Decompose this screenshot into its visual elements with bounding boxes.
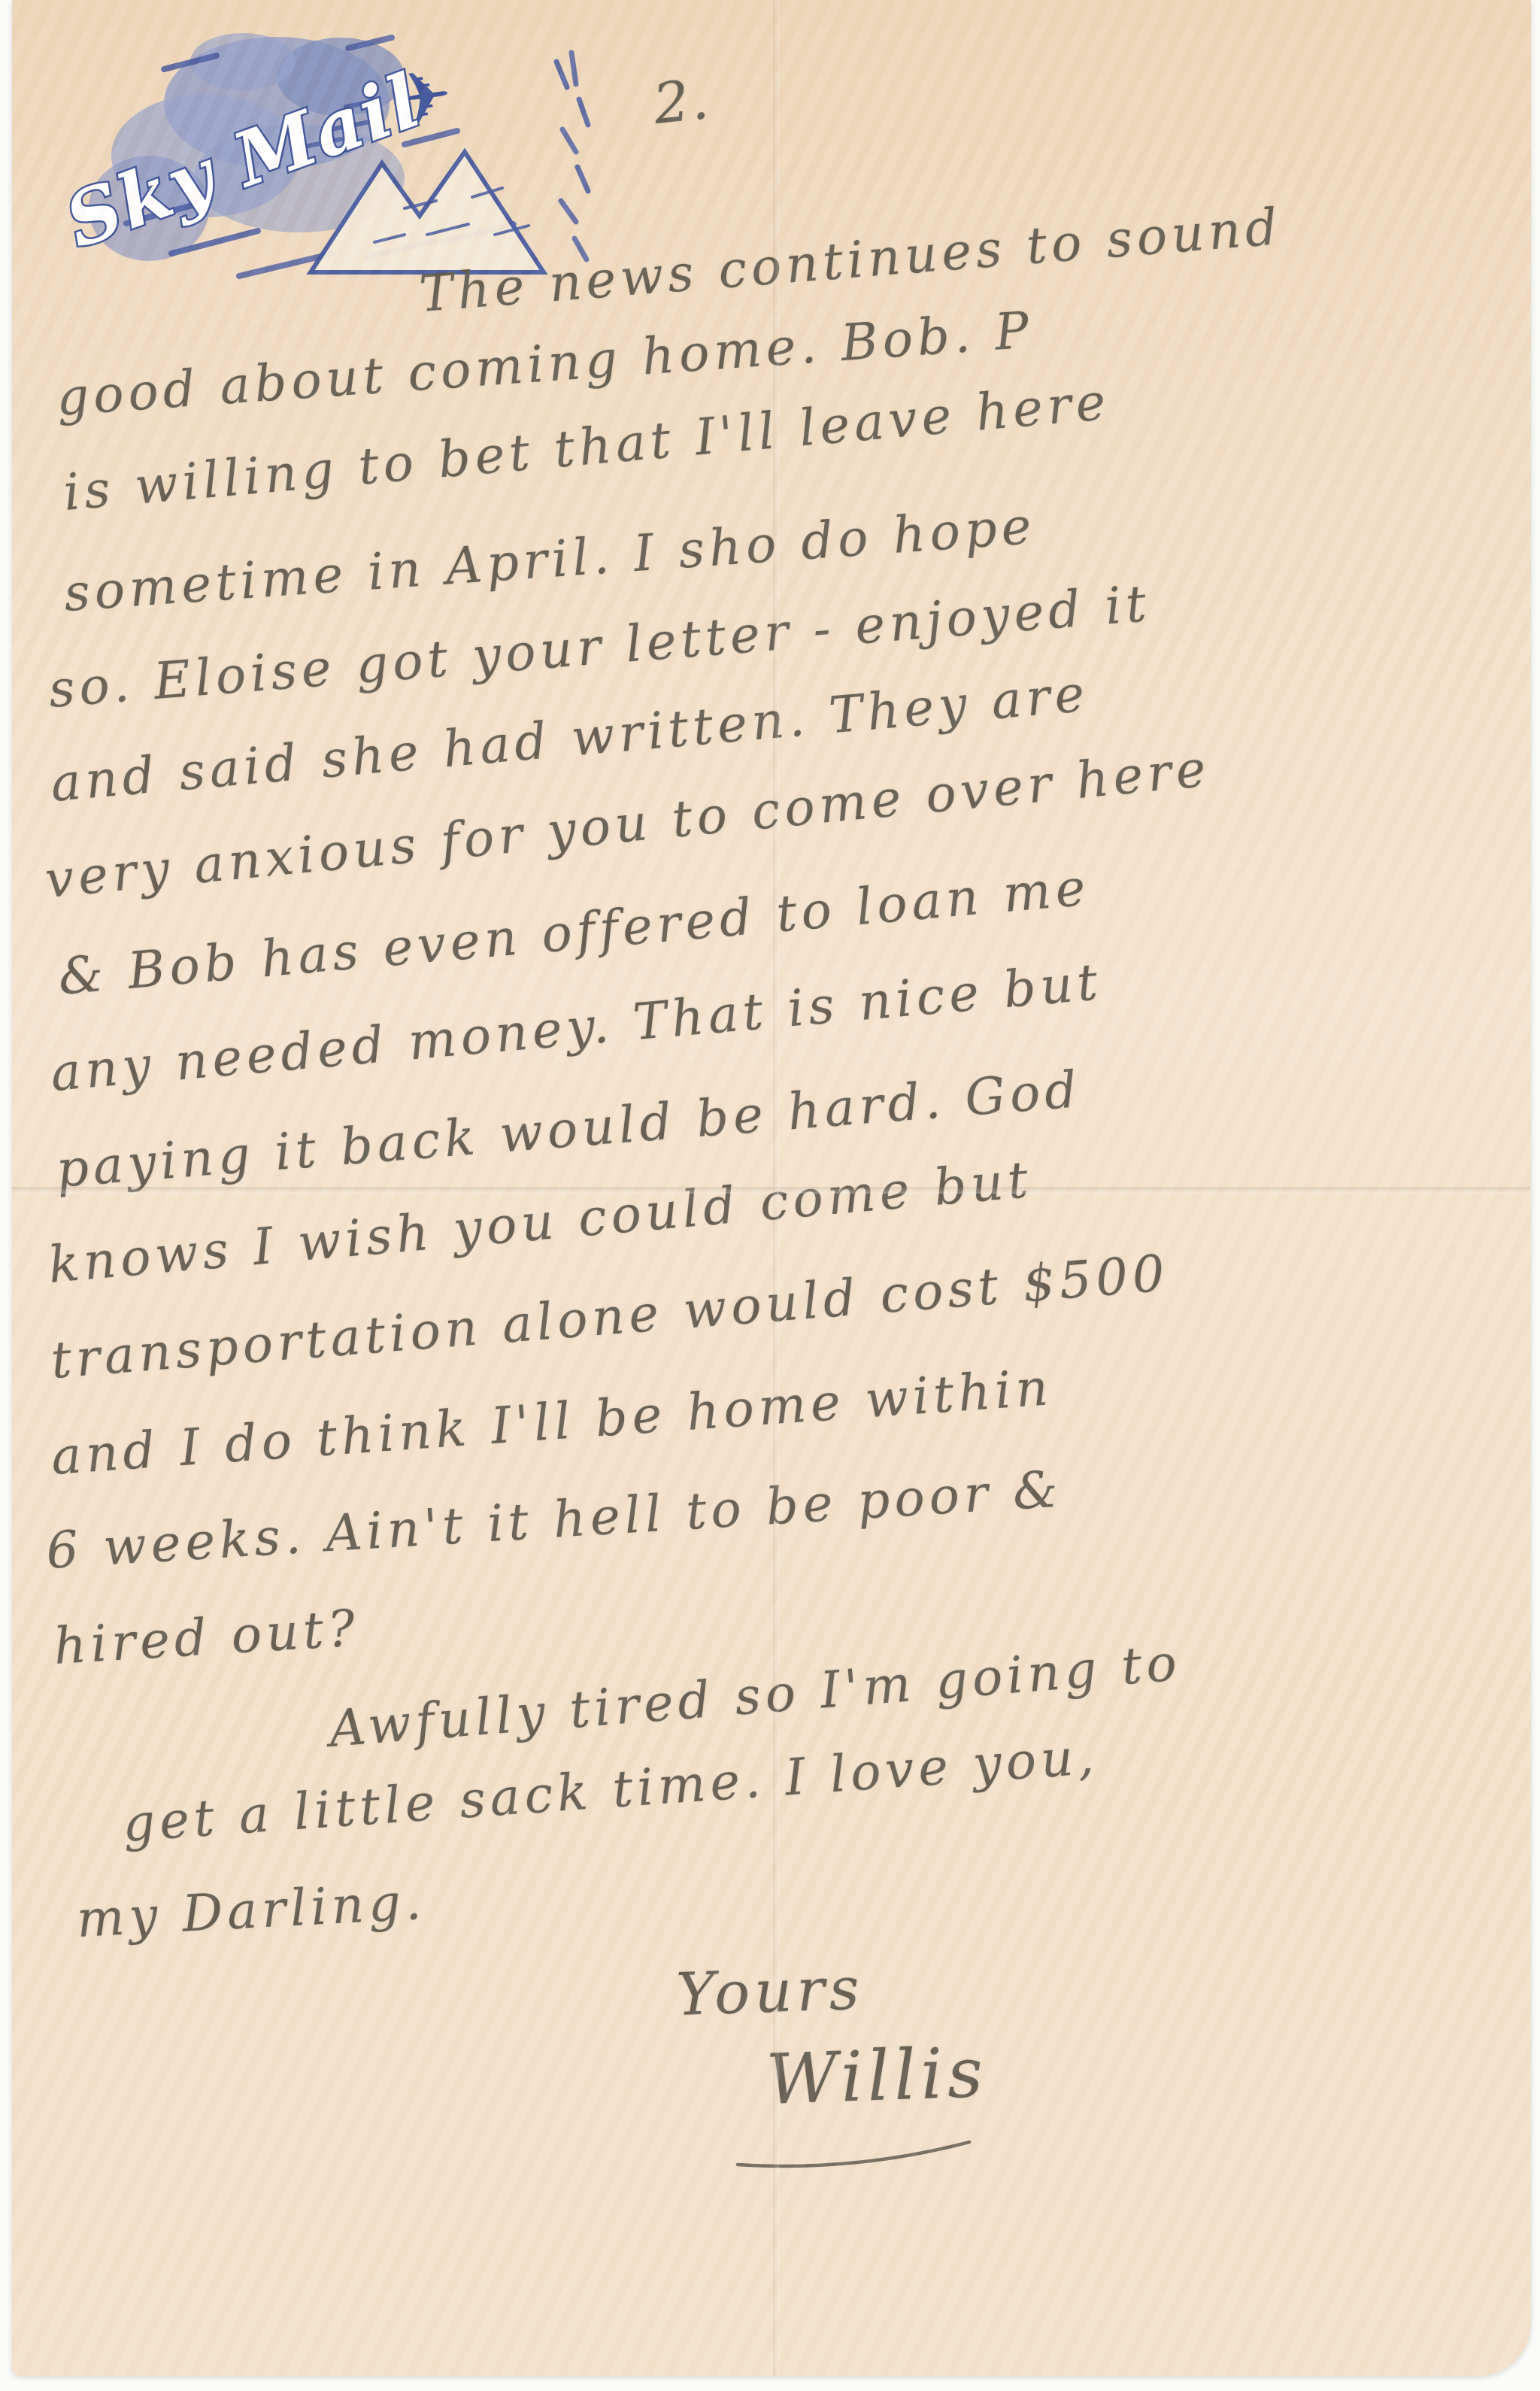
letter-line: my Darling. [75,1872,427,1949]
letter-paper: ✈ Sky Mail 2. The news continues to soun… [12,0,1531,2376]
signature-underline [730,2135,978,2177]
horizontal-fold-crease [12,1187,1531,1194]
letter-line: get a little sack time. I love you, [121,1727,1100,1853]
page-number: 2. [650,67,713,137]
letter-closing: Yours [675,1955,865,2029]
letter-line: 6 weeks. Ain't it hell to be poor & [44,1460,1064,1580]
letter-line: hired out? [52,1598,361,1676]
letter-signature: Willis [765,2032,988,2120]
vertical-fold-crease [773,0,779,2376]
tree-hatching [556,53,588,259]
scanned-letter-page: ✈ Sky Mail 2. The news continues to soun… [0,0,1540,2391]
